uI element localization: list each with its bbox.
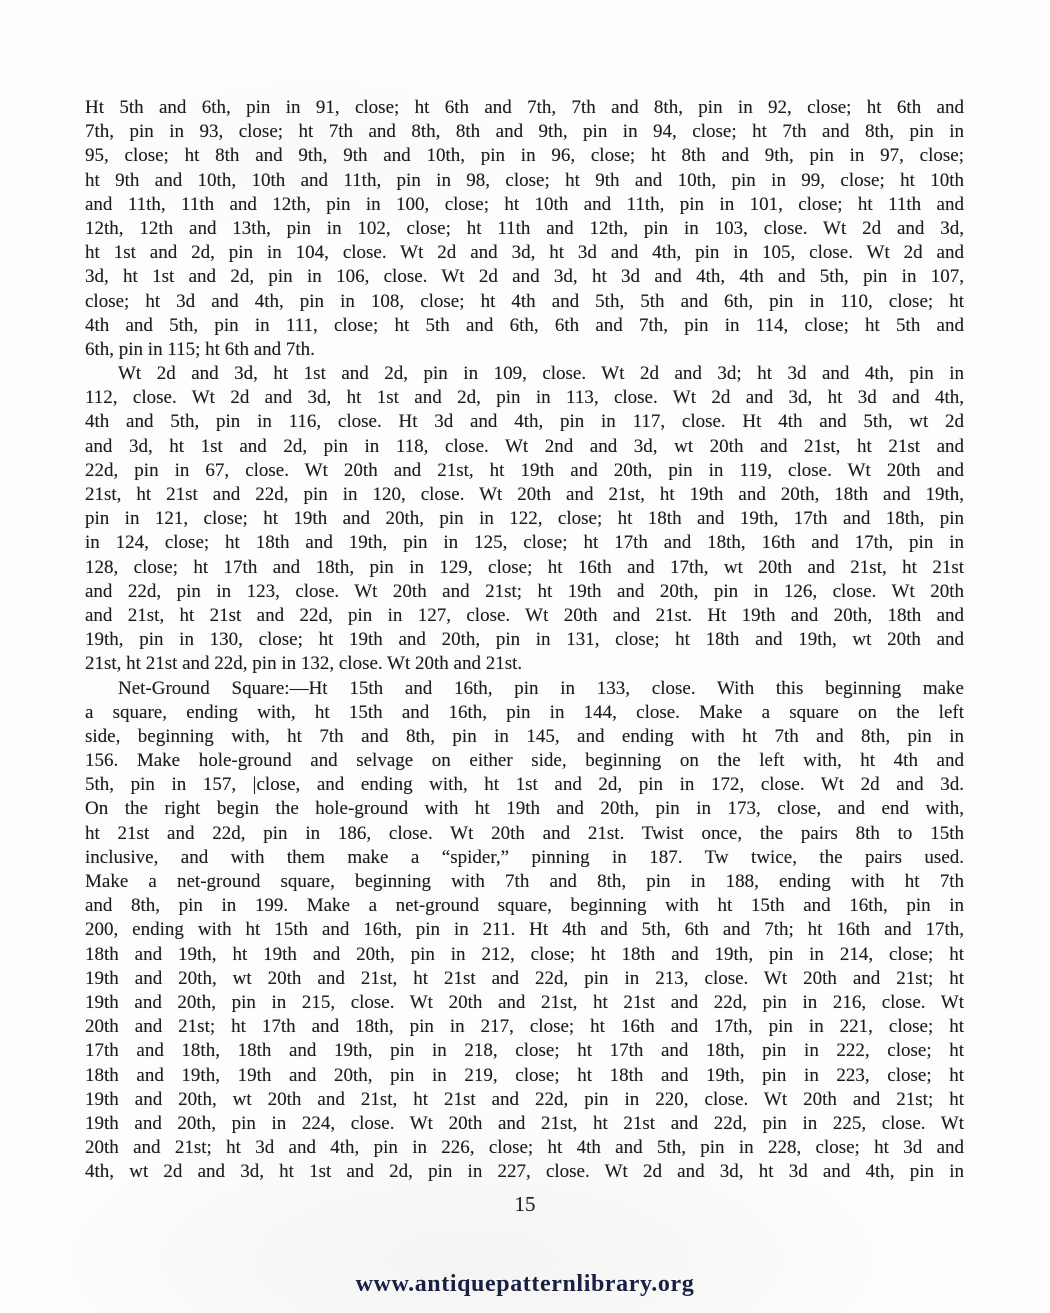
text-line: and 3d, ht 1st and 2d, pin in 118, close…	[85, 435, 964, 459]
paragraph: Ht 5th and 6th, pin in 91, close; ht 6th…	[85, 96, 964, 362]
document-text: Ht 5th and 6th, pin in 91, close; ht 6th…	[85, 96, 964, 1184]
text-line: Ht 5th and 6th, pin in 91, close; ht 6th…	[85, 96, 964, 120]
text-line: 17th and 18th, 18th and 19th, pin in 218…	[85, 1039, 964, 1063]
text-line: 20th and 21st; ht 17th and 18th, pin in …	[85, 1015, 964, 1039]
text-line: inclusive, and with them make a “spider,…	[85, 846, 964, 870]
text-line: 12th, 12th and 13th, pin in 102, close; …	[85, 217, 964, 241]
text-line: 18th and 19th, 19th and 20th, pin in 219…	[85, 1064, 964, 1088]
text-line: 4th and 5th, pin in 111, close; ht 5th a…	[85, 314, 964, 338]
text-line: side, beginning with, ht 7th and 8th, pi…	[85, 725, 964, 749]
paragraph: Net-Ground Square:—Ht 15th and 16th, pin…	[85, 677, 964, 1185]
text-line: in 124, close; ht 18th and 19th, pin in …	[85, 531, 964, 555]
text-line: 7th, pin in 93, close; ht 7th and 8th, 8…	[85, 120, 964, 144]
text-line: 21st, ht 21st and 22d, pin in 120, close…	[85, 483, 964, 507]
paragraph: Wt 2d and 3d, ht 1st and 2d, pin in 109,…	[85, 362, 964, 676]
text-line: Wt 2d and 3d, ht 1st and 2d, pin in 109,…	[85, 362, 964, 386]
text-line: 19th and 20th, wt 20th and 21st, ht 21st…	[85, 1088, 964, 1112]
text-line: a square, ending with, ht 15th and 16th,…	[85, 701, 964, 725]
text-line: pin in 121, close; ht 19th and 20th, pin…	[85, 507, 964, 531]
text-line: 18th and 19th, ht 19th and 20th, pin in …	[85, 943, 964, 967]
text-line: 156. Make hole-ground and selvage on eit…	[85, 749, 964, 773]
page-number: 15	[0, 1192, 1050, 1217]
text-line: ht 9th and 10th, 10th and 11th, pin in 9…	[85, 169, 964, 193]
text-line: 22d, pin in 67, close. Wt 20th and 21st,…	[85, 459, 964, 483]
text-line: Make a net-ground square, beginning with…	[85, 870, 964, 894]
text-line: 19th and 20th, wt 20th and 21st, ht 21st…	[85, 967, 964, 991]
text-line: and 8th, pin in 199. Make a net-ground s…	[85, 894, 964, 918]
text-line: ht 21st and 22d, pin in 186, close. Wt 2…	[85, 822, 964, 846]
text-line: 19th, pin in 130, close; ht 19th and 20t…	[85, 628, 964, 652]
text-line: 19th and 20th, pin in 215, close. Wt 20t…	[85, 991, 964, 1015]
text-line: 95, close; ht 8th and 9th, 9th and 10th,…	[85, 144, 964, 168]
text-line: ht 1st and 2d, pin in 104, close. Wt 2d …	[85, 241, 964, 265]
text-line: close; ht 3d and 4th, pin in 108, close;…	[85, 290, 964, 314]
text-line: and 11th, 11th and 12th, pin in 100, clo…	[85, 193, 964, 217]
text-line: and 21st, ht 21st and 22d, pin in 127, c…	[85, 604, 964, 628]
text-line: On the right begin the hole-ground with …	[85, 797, 964, 821]
text-line: 19th and 20th, pin in 224, close. Wt 20t…	[85, 1112, 964, 1136]
text-line: Net-Ground Square:—Ht 15th and 16th, pin…	[85, 677, 964, 701]
text-line: 112, close. Wt 2d and 3d, ht 1st and 2d,…	[85, 386, 964, 410]
text-line: 200, ending with ht 15th and 16th, pin i…	[85, 918, 964, 942]
text-line: 4th, wt 2d and 3d, ht 1st and 2d, pin in…	[85, 1160, 964, 1184]
text-line: 3d, ht 1st and 2d, pin in 106, close. Wt…	[85, 265, 964, 289]
text-line: 128, close; ht 17th and 18th, pin in 129…	[85, 556, 964, 580]
text-line: 21st, ht 21st and 22d, pin in 132, close…	[85, 652, 964, 676]
text-line: 20th and 21st; ht 3d and 4th, pin in 226…	[85, 1136, 964, 1160]
scanned-book-page: Ht 5th and 6th, pin in 91, close; ht 6th…	[0, 0, 1050, 1313]
text-line: 5th, pin in 157, |close, and ending with…	[85, 773, 964, 797]
text-line: and 22d, pin in 123, close. Wt 20th and …	[85, 580, 964, 604]
text-line: 4th and 5th, pin in 116, close. Ht 3d an…	[85, 410, 964, 434]
footer-url: www.antiquepatternlibrary.org	[0, 1271, 1050, 1298]
text-line: 6th, pin in 115; ht 6th and 7th.	[85, 338, 964, 362]
